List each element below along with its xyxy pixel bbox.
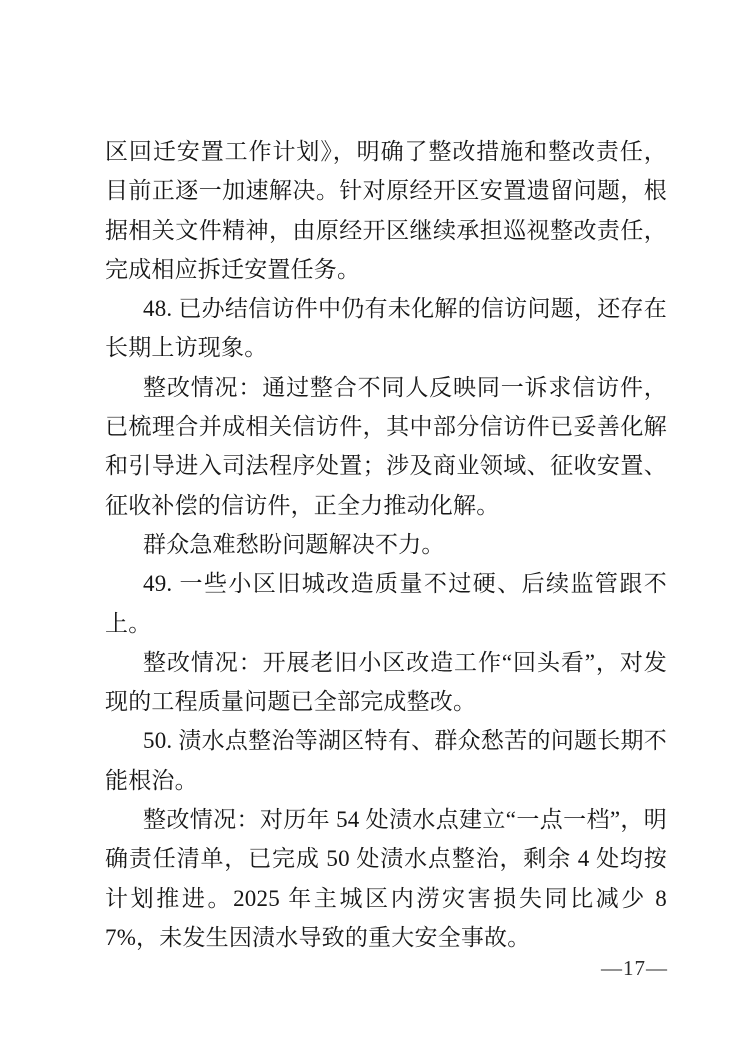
page-number: —17— [601,956,668,981]
paragraph: 整改情况：对历年 54 处渍水点建立“一点一档”，明确责任清单，已完成 50 处… [105,800,667,957]
paragraph: 整改情况：通过整合不同人反映同一诉求信访件，已梳理合并成相关信访件，其中部分信访… [105,368,667,525]
paragraph: 整改情况：开展老旧小区改造工作“回头看”，对发现的工程质量问题已全部完成整改。 [105,643,667,722]
paragraph: 群众急难愁盼问题解决不力。 [105,525,667,564]
paragraph: 区回迁安置工作计划》，明确了整改措施和整改责任，目前正逐一加速解决。针对原经开区… [105,132,667,289]
document-body: 区回迁安置工作计划》，明确了整改措施和整改责任，目前正逐一加速解决。针对原经开区… [105,132,667,957]
paragraph: 48. 已办结信访件中仍有未化解的信访问题，还存在长期上访现象。 [105,289,667,368]
paragraph: 49. 一些小区旧城改造质量不过硬、后续监管跟不上。 [105,564,667,643]
document-page: 区回迁安置工作计划》，明确了整改措施和整改责任，目前正逐一加速解决。针对原经开区… [0,0,750,1061]
paragraph: 50. 渍水点整治等湖区特有、群众愁苦的问题长期不能根治。 [105,721,667,800]
